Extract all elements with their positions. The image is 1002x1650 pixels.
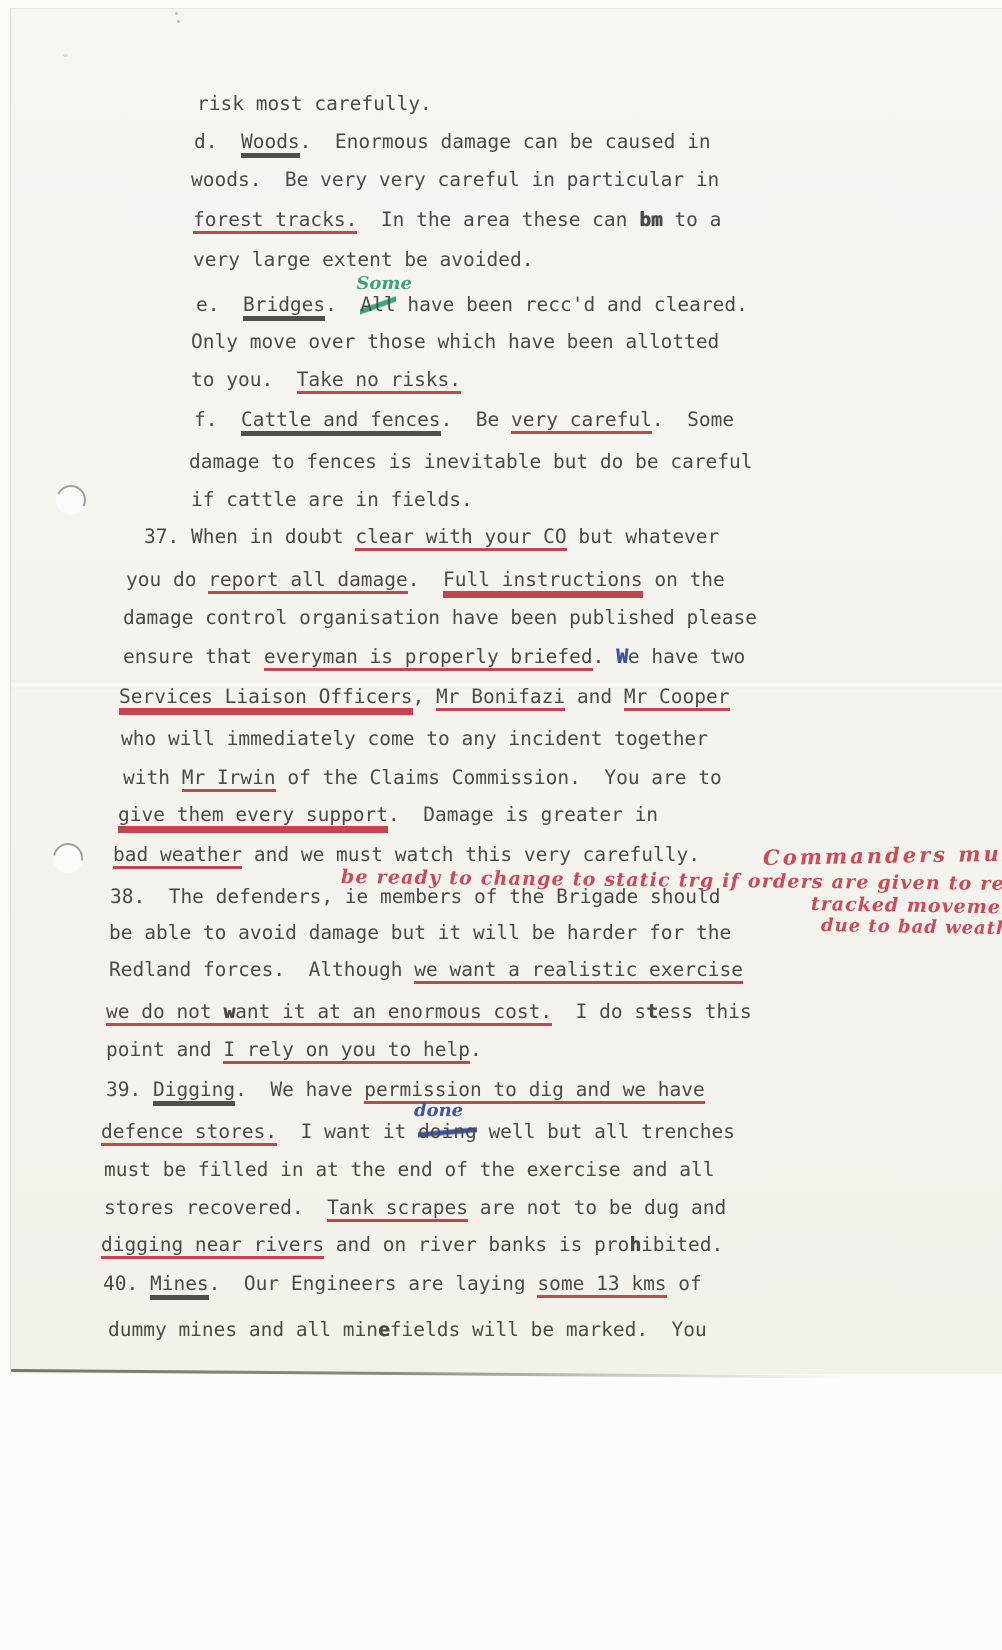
segment-plain: with	[123, 766, 182, 789]
typed-line: damage control organisation have been pu…	[123, 605, 757, 631]
segment-b: h	[629, 1233, 641, 1256]
segment-plain: must be filled in at the end of the exer…	[104, 1158, 714, 1181]
red-handwritten-note: Commanders must	[763, 840, 1002, 870]
segment-plain: and on river banks is pro	[324, 1233, 629, 1256]
scan-speck	[177, 20, 180, 23]
typed-line: e. Bridges. AllSome have been recc'd and…	[196, 292, 748, 318]
segment-plain: .	[470, 1038, 482, 1061]
typed-line: digging near rivers and on river banks i…	[101, 1232, 723, 1258]
typed-line: f. Cattle and fences. Be very careful. S…	[194, 407, 734, 433]
scan-speck	[63, 54, 68, 57]
segment-ru2: Full instructions	[443, 568, 643, 591]
segment-plain: e.	[196, 293, 243, 316]
segment-plain: point and	[106, 1038, 223, 1061]
page-bottom-edge	[11, 1369, 849, 1379]
typed-line: Services Liaison Officers, Mr Bonifazi a…	[119, 684, 730, 710]
segment-plain: Only move over those which have been all…	[191, 330, 719, 353]
segment-ru: Mr Irwin	[182, 766, 276, 789]
typed-line: we do not want it at an enormous cost. I…	[106, 999, 752, 1025]
segment-ru: I rely on you to help	[223, 1038, 470, 1061]
segment-plain: woods. Be very very careful in particula…	[191, 168, 719, 191]
segment-plain: d.	[194, 130, 241, 153]
segment-ru: we do not	[106, 1000, 223, 1023]
typed-line: if cattle are in fields.	[191, 487, 473, 513]
segment-plain: . Some	[652, 408, 734, 431]
typed-line: defence stores. I want it doingdone well…	[101, 1119, 735, 1145]
typed-line: stores recovered. Tank scrapes are not t…	[104, 1195, 726, 1221]
segment-b: e	[378, 1318, 390, 1341]
segment-ru: Mr Cooper	[624, 685, 730, 708]
segment-ru2: Services Liaison Officers	[119, 685, 413, 708]
segment-plain: fields will be marked. You	[390, 1318, 707, 1341]
typed-line: dummy mines and all minefields will be m…	[108, 1317, 707, 1343]
segment-plain: . We have	[235, 1078, 364, 1101]
typed-line: risk most carefully.	[197, 91, 432, 117]
typed-line: Only move over those which have been all…	[191, 329, 719, 355]
segment-plain: you do	[126, 568, 208, 591]
typed-line: who will immediately come to any inciden…	[121, 726, 708, 752]
red-handwritten-note: due to bad weathr	[821, 915, 1002, 939]
typed-line: must be filled in at the end of the exer…	[104, 1157, 714, 1183]
interlinear-correction: done	[414, 1098, 463, 1124]
segment-ru: report all damage	[208, 568, 408, 591]
typed-line: 37. When in doubt clear with your CO but…	[144, 524, 719, 550]
segment-plain: of	[667, 1272, 702, 1295]
typed-line: 40. Mines. Our Engineers are laying some…	[103, 1271, 702, 1297]
segment-plain: f.	[194, 408, 241, 431]
segment-plain: . Enormous damage can be caused in	[300, 130, 711, 153]
typed-line: point and I rely on you to help.	[106, 1037, 482, 1063]
segment-ru: Mr Bonifazi	[436, 685, 565, 708]
segment-plain: . Our Engineers are laying	[209, 1272, 538, 1295]
segment-plain: ibited.	[641, 1233, 723, 1256]
segment-hwb: W	[616, 645, 628, 668]
segment-plain: I want it	[277, 1120, 418, 1143]
typed-line: Redland forces. Although we want a reali…	[109, 957, 743, 983]
segment-ru: very careful	[511, 408, 652, 431]
segment-ru: ant it at an enormous cost.	[235, 1000, 552, 1023]
typed-line: damage to fences is inevitable but do be…	[189, 449, 753, 475]
segment-ru: digging near rivers	[101, 1233, 324, 1256]
segment-plain: I do s	[552, 1000, 646, 1023]
segment-tu2: Mines	[150, 1272, 209, 1295]
segment-b: t	[646, 1000, 658, 1023]
segment-plain: and	[565, 685, 624, 708]
segment-plain: if cattle are in fields.	[191, 488, 473, 511]
segment-plain: damage to fences is inevitable but do be…	[189, 450, 753, 473]
segment-plain: .	[593, 645, 616, 668]
segment-plain: are not to be dug and	[468, 1196, 726, 1219]
segment-plain: .	[325, 293, 360, 316]
scanned-page: risk most carefully.d. Woods. Enormous d…	[10, 8, 1002, 1374]
segment-plain: . Damage is greater in	[388, 803, 658, 826]
punch-hole-bottom	[47, 837, 89, 879]
segment-plain: to a	[663, 208, 722, 231]
segment-plain: well but all trenches	[477, 1120, 735, 1143]
segment-ru: everyman is properly briefed	[264, 645, 593, 668]
punch-hole-top	[52, 481, 90, 519]
segment-ru: Take no risks.	[297, 368, 461, 391]
typed-line: ensure that everyman is properly briefed…	[123, 644, 745, 670]
segment-tu2: Bridges	[243, 293, 325, 316]
segment-b: bm	[639, 208, 662, 231]
segment-plain: who will immediately come to any inciden…	[121, 727, 708, 750]
segment-plain: to you.	[191, 368, 297, 391]
segment-plain: ensure that	[123, 645, 264, 668]
scan-speck	[175, 12, 178, 15]
segment-ru: clear with your CO	[355, 525, 566, 548]
segment-ru2: give them every support	[118, 803, 388, 826]
segment-sb: doingdone	[418, 1119, 477, 1145]
segment-ru: Tank scrapes	[327, 1196, 468, 1219]
segment-plain: 39.	[106, 1078, 153, 1101]
segment-ru: forest tracks.	[193, 208, 357, 231]
segment-plain: dummy mines and all min	[108, 1318, 378, 1341]
typed-line: very large extent be avoided.	[193, 247, 533, 273]
segment-plain: In the area these can	[357, 208, 639, 231]
segment-ru: defence stores.	[101, 1120, 277, 1143]
segment-plain: Redland forces. Although	[109, 958, 414, 981]
segment-plain: of the Claims Commission. You are to	[276, 766, 722, 789]
segment-plain: . Be	[441, 408, 511, 431]
segment-plain: e have two	[628, 645, 745, 668]
segment-tu2: Digging	[153, 1078, 235, 1101]
segment-plain: but whatever	[567, 525, 720, 548]
segment-plain: and we must watch this very carefully.	[242, 843, 700, 866]
segment-plain: ,	[413, 685, 436, 708]
typed-line: you do report all damage. Full instructi…	[126, 567, 725, 593]
typed-line: to you. Take no risks.	[191, 367, 461, 393]
segment-plain: damage control organisation have been pu…	[123, 606, 757, 629]
typed-line: woods. Be very very careful in particula…	[191, 167, 719, 193]
segment-tu2: Cattle and fences	[241, 408, 441, 431]
typed-line: d. Woods. Enormous damage can be caused …	[194, 129, 711, 155]
typed-line: give them every support. Damage is great…	[118, 802, 658, 828]
typed-line: forest tracks. In the area these can bm …	[193, 207, 721, 233]
segment-ru: some 13 kms	[537, 1272, 666, 1295]
interlinear-correction: Some	[356, 271, 412, 297]
segment-ru: bad weather	[113, 843, 242, 866]
typed-line: be able to avoid damage but it will be h…	[109, 920, 731, 946]
segment-tu2: Woods	[241, 130, 300, 153]
typed-line: 39. Digging. We have permission to dig a…	[106, 1077, 705, 1103]
segment-plain: ess this	[658, 1000, 752, 1023]
segment-plain: 37. When in doubt	[144, 525, 355, 548]
typed-line: bad weather and we must watch this very …	[113, 842, 700, 868]
segment-plain: be able to avoid damage but it will be h…	[109, 921, 731, 944]
segment-plain: risk most carefully.	[197, 92, 432, 115]
segment-plain: have been recc'd and cleared.	[396, 293, 748, 316]
typed-line: with Mr Irwin of the Claims Commission. …	[123, 765, 722, 791]
segment-ru: we want a realistic exercise	[414, 958, 743, 981]
segment-plain: stores recovered.	[104, 1196, 327, 1219]
segment-plain: 40.	[103, 1272, 150, 1295]
segment-ru: w	[223, 1000, 235, 1023]
segment-plain: very large extent be avoided.	[193, 248, 533, 271]
segment-plain: on the	[643, 568, 725, 591]
segment-sg: AllSome	[360, 292, 395, 318]
segment-plain: .	[408, 568, 443, 591]
